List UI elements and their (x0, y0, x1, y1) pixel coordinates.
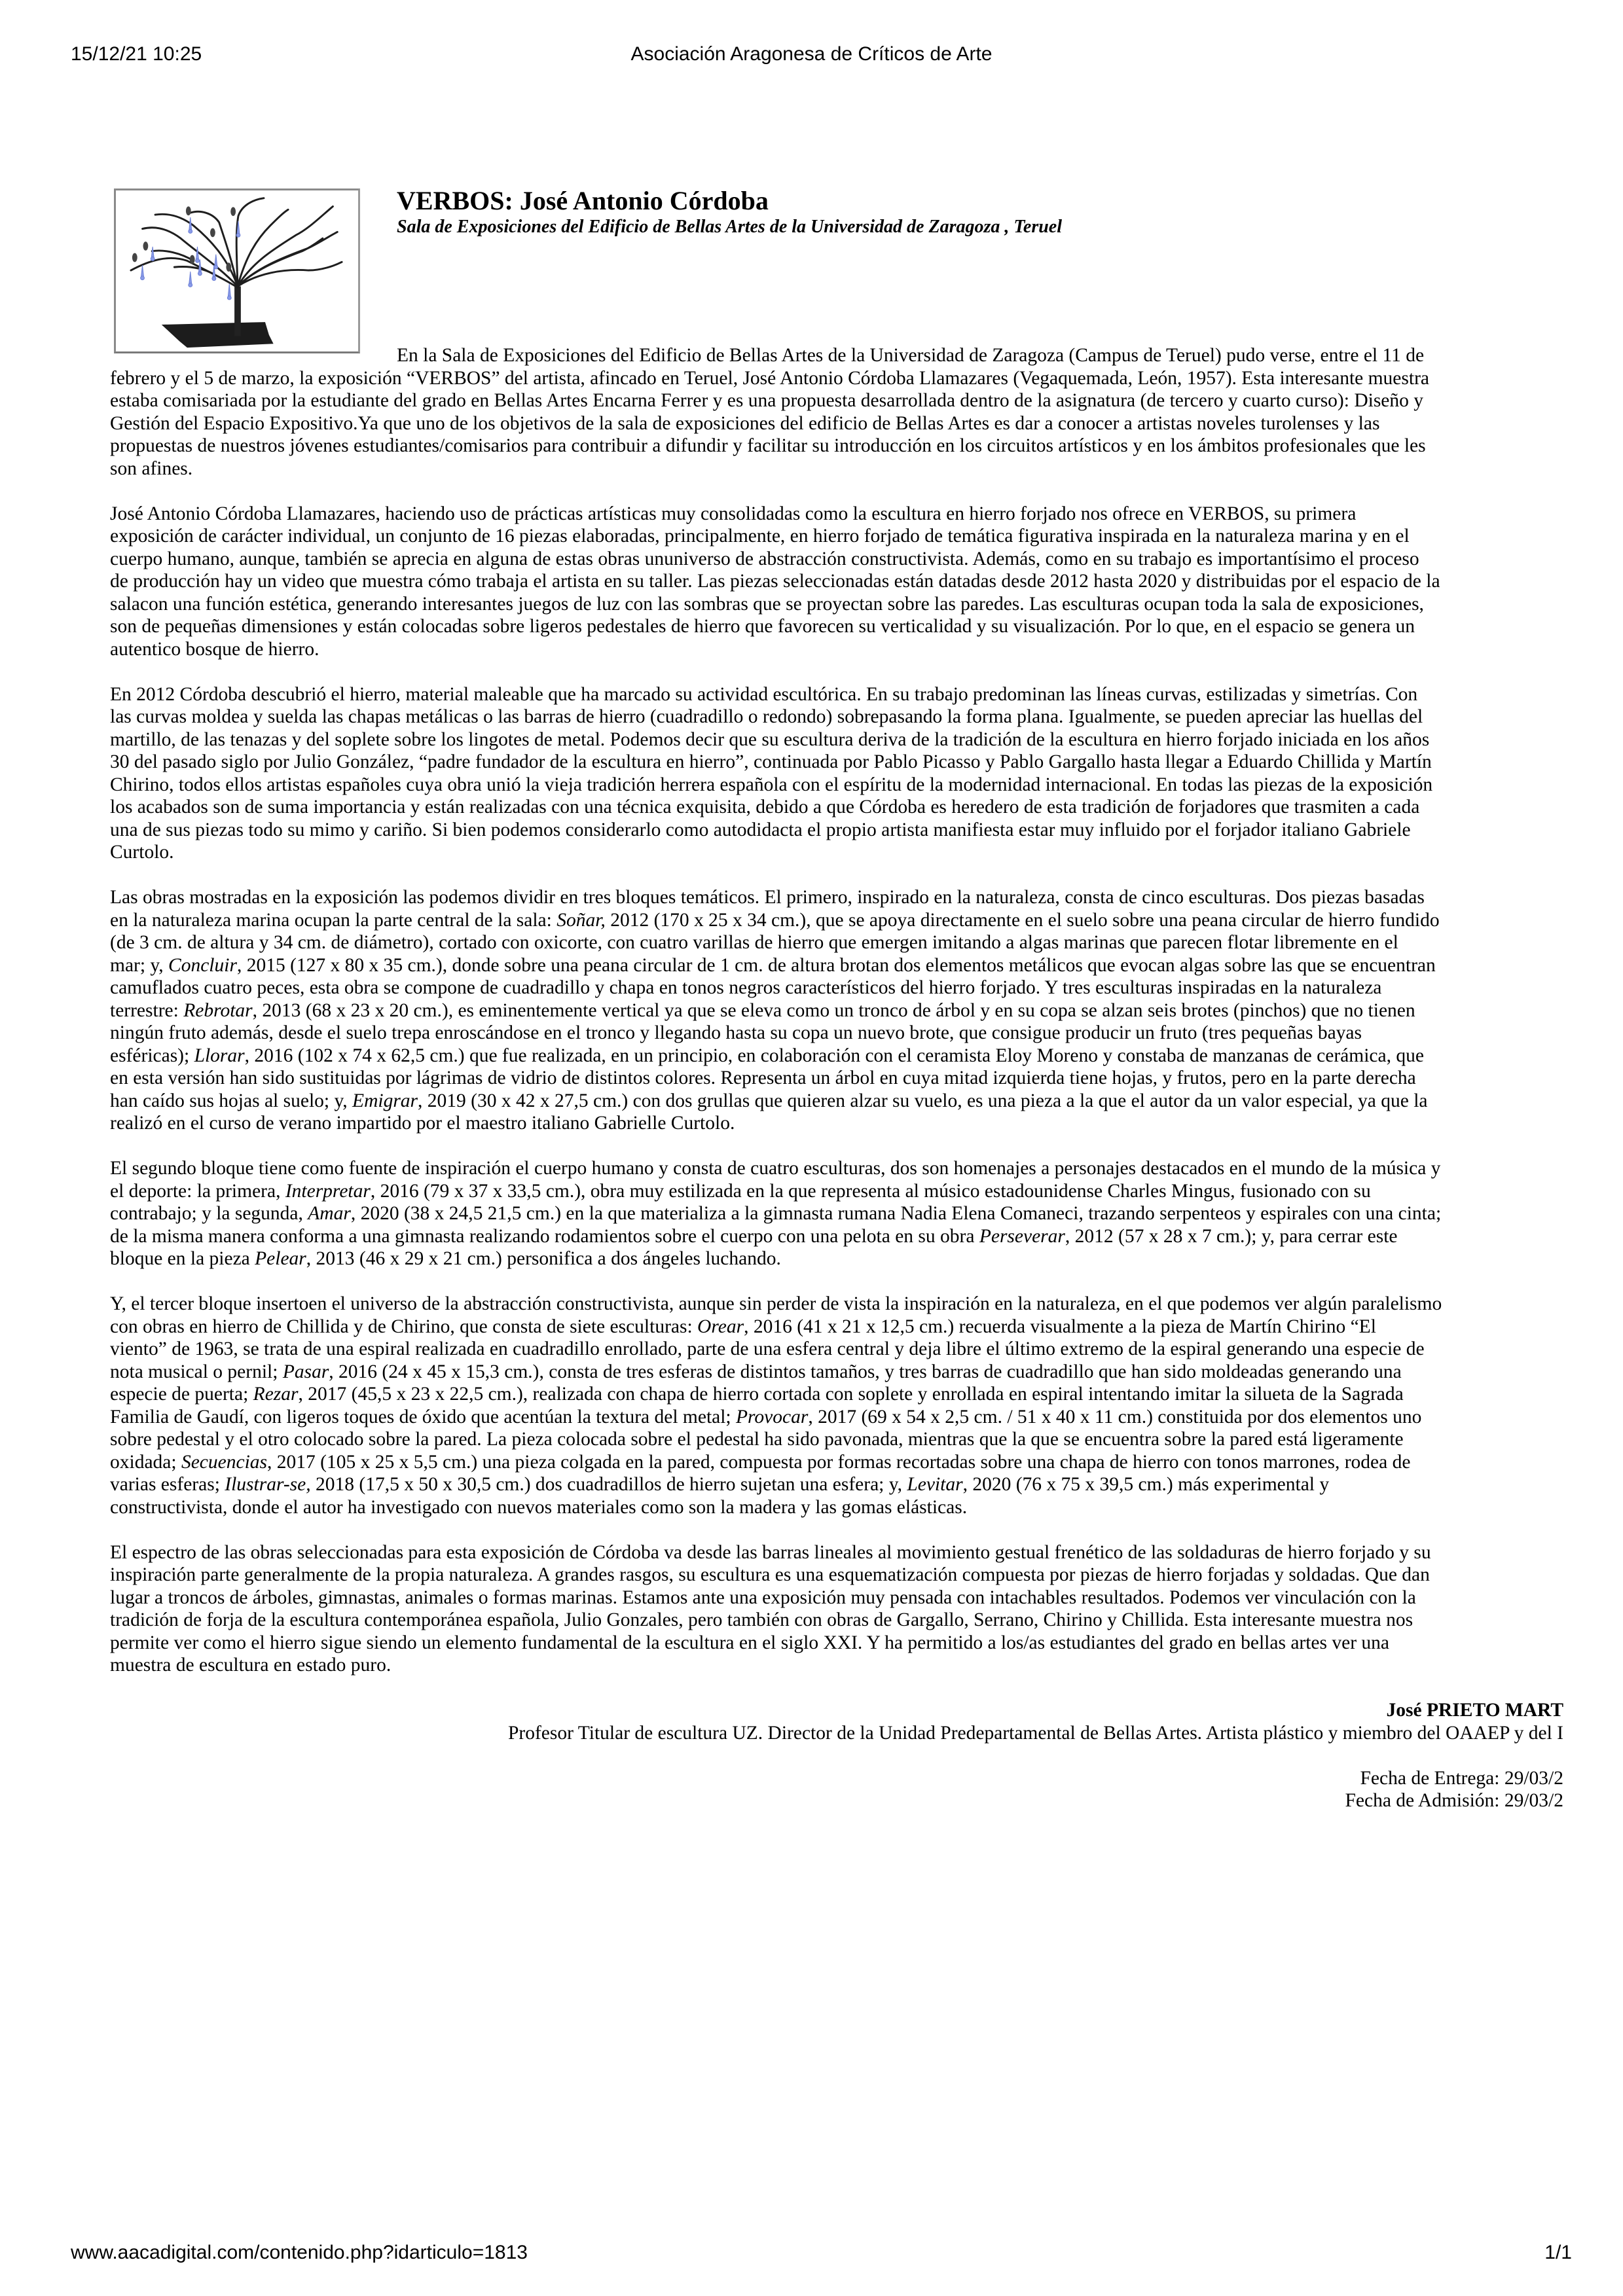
article-paragraph: Las obras mostradas en la exposición las… (110, 886, 1563, 1135)
artwork-title: Pelear (255, 1248, 306, 1269)
text-line: son de pequeñas dimensiones y están colo… (110, 615, 1563, 638)
text-line: una de sus piezas todo su mimo y cariño.… (110, 819, 1563, 842)
article-paragraph: El espectro de las obras seleccionadas p… (110, 1541, 1563, 1677)
page-url: www.aacadigital.com/contenido.php?idarti… (71, 2242, 528, 2264)
article-paragraph: José Antonio Córdoba Llamazares, haciend… (110, 503, 1563, 661)
text-line: Familia de Gaudí, con ligeros toques de … (110, 1406, 1563, 1429)
artwork-title: Interpretar (285, 1181, 371, 1202)
text-line: inspiración parte generalmente de la pro… (110, 1564, 1563, 1587)
text-line: las curvas moldea y suelda las chapas me… (110, 706, 1563, 728)
text-line: con obras en hierro de Chillida y de Chi… (110, 1316, 1563, 1338)
text-line: en la naturaleza marina ocupan la parte … (110, 909, 1563, 932)
print-site-title: Asociación Aragonesa de Críticos de Arte (0, 43, 1623, 65)
text-line: El segundo bloque tiene como fuente de i… (110, 1157, 1563, 1180)
author-role: Profesor Titular de escultura UZ. Direct… (110, 1722, 1563, 1745)
text-line: esféricas); Llorar, 2016 (102 x 74 x 62,… (110, 1045, 1563, 1067)
text-line: constructivista, donde el autor ha inves… (110, 1496, 1563, 1519)
text-line: viento” de 1963, se trata de una espiral… (110, 1338, 1563, 1361)
text-line: oxidada; Secuencias, 2017 (105 x 25 x 5,… (110, 1451, 1563, 1474)
article-paragraph: En la Sala de Exposiciones del Edificio … (110, 344, 1563, 480)
text-line: Las obras mostradas en la exposición las… (110, 886, 1563, 909)
artwork-title: Concluir (168, 955, 237, 976)
text-line: los acabados son de suma importancia y e… (110, 796, 1563, 819)
text-line: En 2012 Córdoba descubrió el hierro, mat… (110, 683, 1563, 706)
delivery-date: Fecha de Entrega: 29/03/2 (110, 1767, 1563, 1790)
text-line: José Antonio Córdoba Llamazares, haciend… (110, 503, 1563, 526)
text-line: nota musical o pernil; Pasar, 2016 (24 x… (110, 1361, 1563, 1384)
artwork-title: Ilustrar-se, (225, 1474, 310, 1495)
artwork-title: Soñar, (556, 910, 606, 931)
text-line: cuerpo humano, aunque, también se apreci… (110, 548, 1563, 571)
print-footer: www.aacadigital.com/contenido.php?idarti… (0, 2242, 1623, 2268)
article-paragraph: En 2012 Córdoba descubrió el hierro, mat… (110, 683, 1563, 864)
article-paragraph: Y, el tercer bloque insertoen el univers… (110, 1293, 1563, 1518)
artwork-title: Provocar (736, 1407, 808, 1427)
artwork-title: Llorar (194, 1045, 245, 1066)
text-line: autentico bosque de hierro. (110, 638, 1563, 661)
text-line: 30 del pasado siglo por Julio González, … (110, 751, 1563, 774)
text-line: tradición de forja de la escultura conte… (110, 1609, 1563, 1632)
text-line: realizó en el curso de verano impartido … (110, 1112, 1563, 1135)
text-line: febrero y el 5 de marzo, la exposición “… (110, 367, 1563, 390)
artwork-title: Rebrotar (183, 1000, 252, 1021)
text-line: Chirino, todos ellos artistas españoles … (110, 774, 1563, 797)
text-line: Gestión del Espacio Expositivo.Ya que un… (110, 412, 1563, 435)
text-line: exposición de carácter individual, un co… (110, 525, 1563, 548)
text-line: son afines. (110, 457, 1563, 480)
author-name: José PRIETO MART (110, 1699, 1563, 1722)
artwork-title: Levitar (907, 1474, 962, 1495)
text-line: salacon una función estética, generando … (110, 593, 1563, 616)
signature-block: José PRIETO MART Profesor Titular de esc… (110, 1699, 1563, 1812)
text-line: (de 3 cm. de altura y 34 cm. de diámetro… (110, 931, 1563, 954)
artwork-title: Pasar (283, 1361, 329, 1382)
text-line: especie de puerta; Rezar, 2017 (45,5 x 2… (110, 1383, 1563, 1406)
text-line: han caído sus hojas al suelo; y, Emigrar… (110, 1090, 1563, 1113)
text-line: estaba comisariada por la estudiante del… (110, 389, 1563, 412)
text-line: contrabajo; y la segunda, Amar, 2020 (38… (110, 1202, 1563, 1225)
text-line: bloque en la pieza Pelear, 2013 (46 x 29… (110, 1247, 1563, 1270)
text-line: mar; y, Concluir, 2015 (127 x 80 x 35 cm… (110, 954, 1563, 977)
text-line: sobre pedestal y el otro colocado sobre … (110, 1428, 1563, 1451)
print-header: 15/12/21 10:25 Asociación Aragonesa de C… (0, 43, 1623, 69)
artwork-title: Orear (697, 1316, 744, 1337)
artwork-title: Amar (308, 1203, 351, 1224)
text-line: de la misma manera conforma a una gimnas… (110, 1225, 1563, 1248)
text-line: El espectro de las obras seleccionadas p… (110, 1541, 1563, 1564)
article-body: En la Sala de Exposiciones del Edificio … (110, 344, 1563, 1677)
admission-date: Fecha de Admisión: 29/03/2 (110, 1789, 1563, 1812)
text-line: permite ver como el hierro sigue siendo … (110, 1632, 1563, 1655)
artwork-title: Rezar (253, 1384, 299, 1405)
sculpture-tree-photo-icon (114, 188, 360, 353)
text-line: de producción hay un video que muestra c… (110, 570, 1563, 593)
text-line: muestra de escultura en estado puro. (110, 1654, 1563, 1677)
text-line: propuestas de nuestros jóvenes estudiant… (110, 435, 1563, 457)
text-line: el deporte: la primera, Interpretar, 201… (110, 1180, 1563, 1203)
text-line: ningún fruto además, desde el suelo trep… (110, 1022, 1563, 1045)
text-line: Curtolo. (110, 841, 1563, 864)
artwork-title: Perseverar (979, 1226, 1065, 1247)
text-line: en esta versión han sido sustituidas por… (110, 1067, 1563, 1090)
article: VERBOS: José Antonio Córdoba Sala de Exp… (110, 185, 1563, 1812)
article-paragraph: El segundo bloque tiene como fuente de i… (110, 1157, 1563, 1270)
text-line: Y, el tercer bloque insertoen el univers… (110, 1293, 1563, 1316)
artwork-title: Emigrar (352, 1090, 418, 1111)
text-line: martillo, de las tenazas y del soplete s… (110, 728, 1563, 751)
text-line: terrestre: Rebrotar, 2013 (68 x 23 x 20 … (110, 999, 1563, 1022)
text-line: lugar a troncos de árboles, gimnastas, a… (110, 1587, 1563, 1609)
text-line: varias esferas; Ilustrar-se, 2018 (17,5 … (110, 1473, 1563, 1496)
page-number: 1/1 (1544, 2242, 1572, 2264)
artwork-title: Secuencias (181, 1452, 267, 1473)
text-line: camuflados cuatro peces, esta obra se co… (110, 977, 1563, 999)
